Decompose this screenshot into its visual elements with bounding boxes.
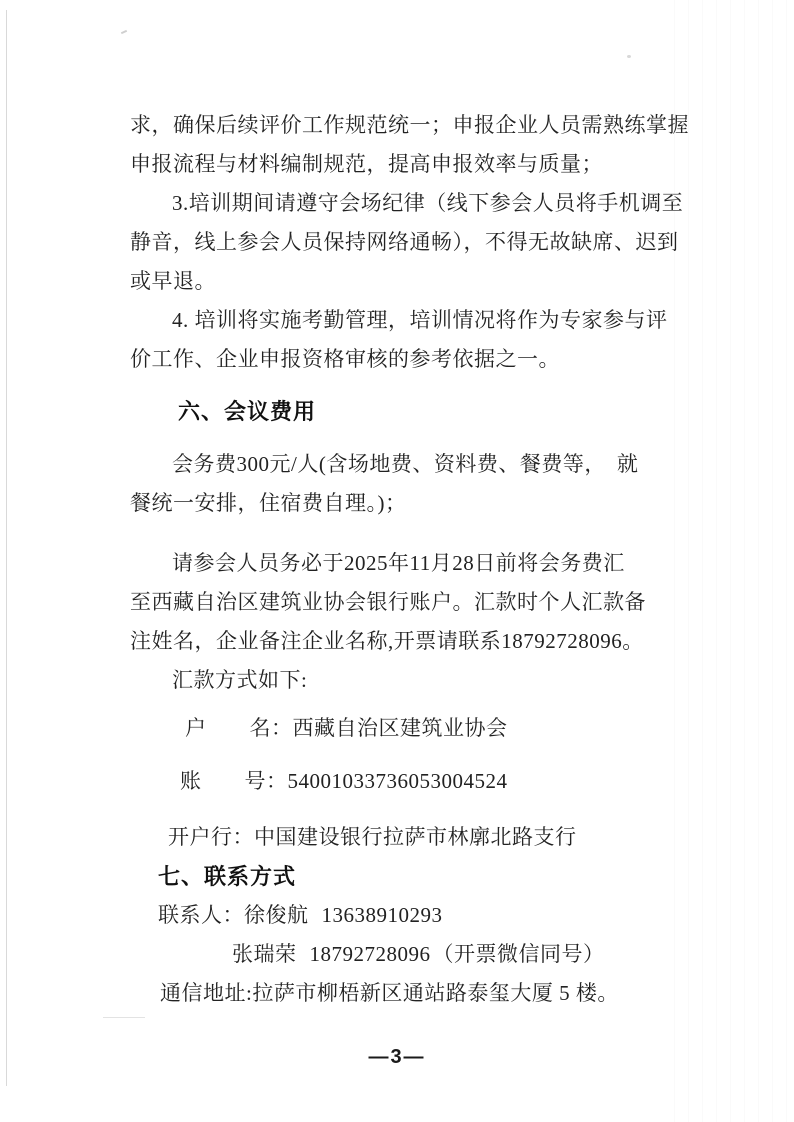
paragraph-fee-detail: 会务费300元/人(含场地费、资料费、餐费等， 就 餐统一安排，住宿费自理。)； bbox=[130, 445, 696, 523]
account-number-label: 账 号： bbox=[180, 769, 288, 793]
contact-person-2-row: 张瑞荣18792728096（开票微信同号） bbox=[232, 935, 696, 974]
document-body: 求，确保后续评价工作规范统一；申报企业人员需熟练掌握 申报流程与材料编制规范，提… bbox=[130, 106, 696, 1013]
scan-speck bbox=[103, 1017, 145, 1018]
contact-2-phone: 18792728096 bbox=[310, 942, 431, 966]
scan-speck bbox=[627, 55, 631, 58]
account-name-value: 西藏自治区建筑业协会 bbox=[293, 716, 508, 740]
bank-branch-value: 中国建设银行拉萨市林廓北路支行 bbox=[254, 825, 577, 849]
scanned-document-page: 求，确保后续评价工作规范统一；申报企业人员需熟练掌握 申报流程与材料编制规范，提… bbox=[0, 0, 794, 1122]
scan-speck bbox=[121, 30, 127, 34]
contact-person-1-row: 联系人：徐俊航13638910293 bbox=[158, 896, 696, 935]
bank-branch-label: 开户行： bbox=[168, 825, 254, 849]
page-number: —3— bbox=[0, 1046, 794, 1069]
account-number-value: 54001033736053004524 bbox=[288, 769, 508, 793]
paragraph-continuation: 求，确保后续评价工作规范统一；申报企业人员需熟练掌握 申报流程与材料编制规范，提… bbox=[130, 106, 696, 184]
address-label: 通信地址: bbox=[160, 981, 252, 1005]
mailing-address-row: 通信地址:拉萨市柳梧新区通站路泰玺大厦 5 楼。 bbox=[160, 974, 696, 1013]
contact-2-name: 张瑞荣 bbox=[232, 942, 297, 966]
paragraph-remittance-method-intro: 汇款方式如下: bbox=[130, 661, 696, 700]
contact-1-name: 徐俊航 bbox=[244, 903, 309, 927]
bank-account-number-row: 账 号：54001033736053004524 bbox=[180, 762, 696, 801]
contact-2-note: （开票微信同号） bbox=[433, 942, 605, 966]
scan-edge-artifact bbox=[6, 10, 7, 1086]
section-heading-contact: 七、联系方式 bbox=[158, 857, 696, 896]
section-heading-meeting-fee: 六、会议费用 bbox=[178, 392, 696, 431]
paragraph-training-discipline: 3.培训期间请遵守会场纪律（线下参会人员将手机调至 静音，线上参会人员保持网络通… bbox=[130, 184, 696, 301]
address-value: 拉萨市柳梧新区通站路泰玺大厦 5 楼。 bbox=[252, 981, 619, 1005]
contact-1-phone: 13638910293 bbox=[322, 903, 443, 927]
paragraph-attendance-management: 4. 培训将实施考勤管理，培训情况将作为专家参与评 价工作、企业申报资格审核的参… bbox=[130, 301, 696, 379]
bank-branch-row: 开户行：中国建设银行拉萨市林廓北路支行 bbox=[168, 818, 696, 857]
contact-label: 联系人： bbox=[158, 903, 244, 927]
paragraph-remittance-instruction: 请参会人员务必于2025年11月28日前将会务费汇 至西藏自治区建筑业协会银行账… bbox=[130, 544, 696, 661]
bank-account-name-row: 户 名：西藏自治区建筑业协会 bbox=[185, 709, 696, 748]
account-name-label: 户 名： bbox=[185, 716, 293, 740]
